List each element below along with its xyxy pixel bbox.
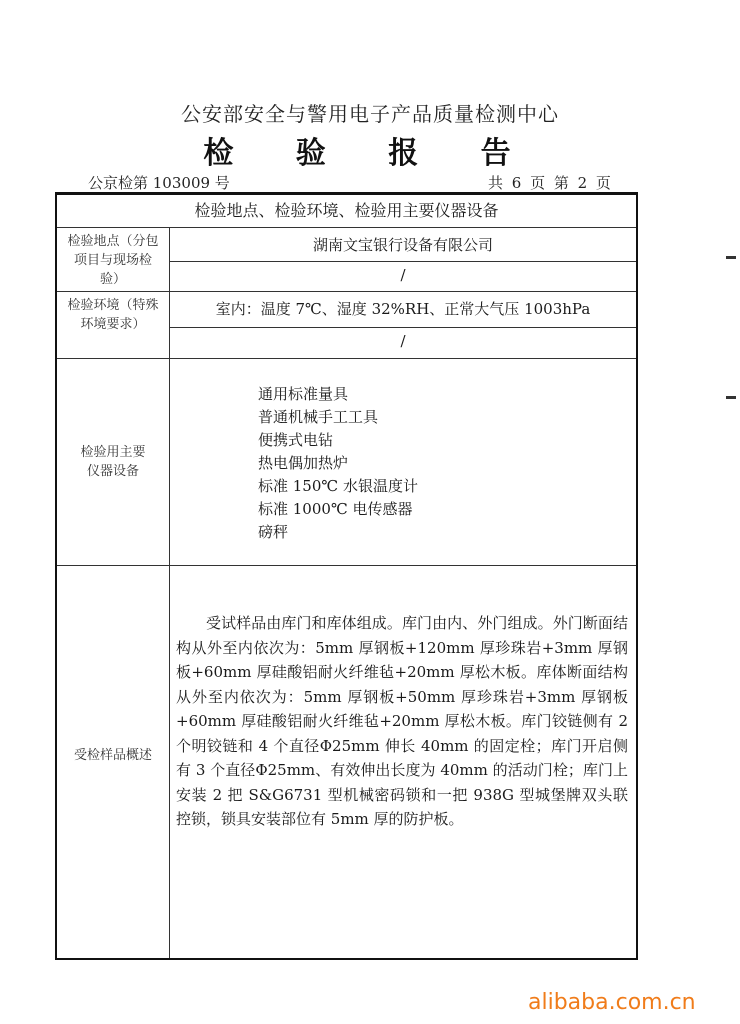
sample-label-text: 受检样品概述 xyxy=(74,748,152,763)
environment-row: 检验环境（特殊环境要求） 室内：温度 7℃、湿度 32%RH、正常大气压 100… xyxy=(57,292,636,359)
equipment-item: 磅秤 xyxy=(258,521,418,544)
equipment-label: 检验用主要仪器设备 xyxy=(57,359,170,565)
sample-row: 受检样品概述 受试样品由库门和库体组成。库门由内、外门组成。外门断面结构从外至内… xyxy=(57,566,636,958)
location-subcontract-value: / xyxy=(170,266,636,284)
scan-edge-mark xyxy=(726,396,736,399)
page-info: 共 6 页 第 2 页 xyxy=(488,172,611,193)
environment-divider xyxy=(170,327,636,328)
equipment-row: 检验用主要仪器设备 通用标准量具 普通机械手工工具 便携式电钻 热电偶加热炉 标… xyxy=(57,359,636,566)
location-label: 检验地点（分包项目与现场检验） xyxy=(57,228,170,291)
equipment-item: 普通机械手工工具 xyxy=(258,406,418,429)
sample-label: 受检样品概述 xyxy=(57,566,170,958)
environment-special-value: / xyxy=(170,332,636,350)
environment-value: 室内：温度 7℃、湿度 32%RH、正常大气压 1003hPa xyxy=(170,298,636,319)
equipment-item: 标准 1000℃ 电传感器 xyxy=(258,498,418,521)
environment-label-text: 检验环境（特殊环境要求） xyxy=(67,298,158,332)
location-row: 检验地点（分包项目与现场检验） 湖南文宝银行设备有限公司 / xyxy=(57,228,636,292)
sample-description: 受试样品由库门和库体组成。库门由内、外门组成。外门断面结构从外至内依次为：5mm… xyxy=(176,611,628,832)
watermark: alibaba.com.cn xyxy=(528,990,696,1015)
equipment-label-text: 检验用主要仪器设备 xyxy=(80,445,145,479)
location-values: 湖南文宝银行设备有限公司 / xyxy=(170,228,636,291)
environment-values: 室内：温度 7℃、湿度 32%RH、正常大气压 1003hPa / xyxy=(170,292,636,358)
equipment-list: 通用标准量具 普通机械手工工具 便携式电钻 热电偶加热炉 标准 150℃ 水银温… xyxy=(258,383,418,544)
org-title: 公安部安全与警用电子产品质量检测中心 xyxy=(0,98,740,127)
location-label-text: 检验地点（分包项目与现场检验） xyxy=(67,234,158,287)
equipment-item: 标准 150℃ 水银温度计 xyxy=(258,475,418,498)
equipment-item: 通用标准量具 xyxy=(258,383,418,406)
report-number: 公京检第 103009 号 xyxy=(88,172,230,193)
report-title: 检 验 报 告 xyxy=(0,128,740,172)
section-heading: 检验地点、检验环境、检验用主要仪器设备 xyxy=(57,195,636,228)
equipment-item: 热电偶加热炉 xyxy=(258,452,418,475)
equipment-values: 通用标准量具 普通机械手工工具 便携式电钻 热电偶加热炉 标准 150℃ 水银温… xyxy=(170,359,636,565)
environment-label: 检验环境（特殊环境要求） xyxy=(57,292,170,358)
scan-edge-mark xyxy=(726,256,736,259)
location-divider xyxy=(170,261,636,262)
inspection-table: 检验地点、检验环境、检验用主要仪器设备 检验地点（分包项目与现场检验） 湖南文宝… xyxy=(55,192,638,960)
equipment-item: 便携式电钻 xyxy=(258,429,418,452)
sample-values: 受试样品由库门和库体组成。库门由内、外门组成。外门断面结构从外至内依次为：5mm… xyxy=(170,566,636,958)
location-value: 湖南文宝银行设备有限公司 xyxy=(170,234,636,255)
